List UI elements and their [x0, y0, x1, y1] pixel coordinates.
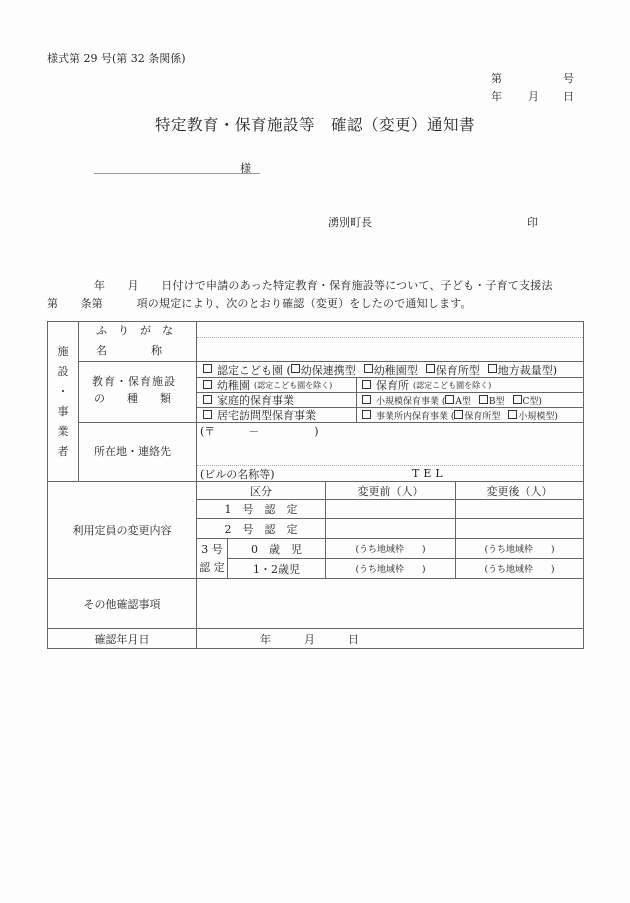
row-label-age1-2: 1・2歳児: [228, 559, 325, 578]
table-border-right: [583, 321, 584, 649]
option-label: 事業所内保育事業 (: [376, 409, 454, 422]
body-text-line-1: 年 月 日付けで申請のあった特定教育・保育施設等について、子ども・子育て支援法: [94, 277, 553, 293]
age0-before-field[interactable]: (うち地域枠 ): [326, 539, 455, 558]
other-items-label: その他確認事項: [48, 579, 196, 628]
facility-type-yochien: 幼稚園 (認定こども園を除く): [203, 378, 332, 392]
divider: [78, 321, 79, 481]
option-label: 認定こども園 (: [217, 362, 291, 378]
doc-number-prefix: 第: [491, 70, 502, 86]
type3-label-line2: 認 定: [199, 559, 225, 577]
row-label-type1: 1 号 認 定: [197, 500, 325, 518]
name-label: 名 称: [96, 340, 162, 360]
facility-type-label-line2: の 種 類: [94, 390, 171, 406]
age1-2-after-field[interactable]: (うち地域枠 ): [456, 559, 583, 578]
building-name-field[interactable]: (ビルの名称等): [200, 466, 275, 481]
option-label: B型: [489, 394, 505, 407]
section-label-char: 者: [58, 442, 69, 462]
option-note: (認定こども園を除く): [254, 380, 332, 391]
checkbox-jigyosho-hoikusho[interactable]: [454, 410, 463, 419]
option-label: C型): [523, 394, 542, 407]
other-items-field[interactable]: [197, 579, 583, 628]
section-label-char: 設: [58, 362, 69, 382]
option-label: 居宅訪問型保育事業: [217, 407, 316, 423]
body-text-line-2: 第 条第 項の規定により、次のとおり確認（変更）をしたので通知します。: [47, 295, 472, 311]
checkbox-chiho-sairyo[interactable]: [488, 364, 497, 373]
option-label: 小規模型): [518, 409, 558, 422]
facility-type-nintei: 認定こども園 ( 幼保連携型 幼稚園型 保育所型 地方裁量型): [203, 362, 557, 377]
address-label: 所在地・連絡先: [94, 442, 171, 460]
tel-label: TEL: [412, 466, 447, 481]
checkbox-kyotaku[interactable]: [203, 410, 212, 419]
confirm-date-label: 確認年月日: [48, 629, 196, 648]
option-label: 幼保連携型: [301, 362, 356, 378]
age1-2-before-field[interactable]: (うち地域枠 ): [326, 559, 455, 578]
facility-type-jigyosho: 事業所内保育事業 ( 保育所型 小規模型): [362, 408, 558, 422]
confirm-date-field[interactable]: 年 月 日: [260, 629, 359, 648]
section-label-char: 施: [58, 342, 69, 362]
option-label: 幼稚園型: [374, 362, 418, 378]
facility-type-katei: 家庭的保育事業: [203, 393, 294, 407]
age0-after-field[interactable]: (うち地域枠 ): [456, 539, 583, 558]
type2-before-field[interactable]: [326, 519, 455, 538]
furigana-label: ふ り が な: [96, 322, 173, 337]
row-label-age0: 0 歳 児: [228, 539, 325, 558]
checkbox-yochien[interactable]: [203, 380, 212, 389]
option-note: (認定こども園を除く): [413, 380, 491, 391]
date-day: 日: [563, 88, 574, 104]
header-category: 区分: [197, 482, 325, 499]
section-label-facility-operator: 施 設 ・ 事 業 者: [48, 322, 78, 481]
facility-type-hoikusho: 保育所 (認定こども園を除く): [362, 378, 491, 392]
checkbox-katei[interactable]: [203, 395, 212, 404]
addressee-line[interactable]: [94, 173, 260, 174]
facility-type-kyotaku: 居宅訪問型保育事業: [203, 408, 316, 422]
option-label: 家庭的保育事業: [217, 392, 294, 408]
checkbox-b-gata[interactable]: [479, 395, 488, 404]
type1-after-field[interactable]: [456, 500, 583, 518]
header-before: 変更前（人）: [326, 482, 455, 499]
section-label-char: ・: [58, 382, 69, 402]
capacity-change-label: 利用定員の変更内容: [48, 482, 196, 578]
checkbox-jigyosho[interactable]: [362, 410, 371, 419]
checkbox-yoho-renkei[interactable]: [291, 364, 300, 373]
row-label-type2: 2 号 認 定: [197, 519, 325, 538]
type3-label-line1: 3 号: [201, 541, 223, 559]
checkbox-nintei[interactable]: [203, 364, 212, 373]
section-label-char: 業: [58, 422, 69, 442]
addressee-suffix: 様: [240, 160, 251, 176]
address-field[interactable]: [197, 440, 583, 464]
date-year: 年: [491, 88, 502, 104]
checkbox-jigyosho-shokibo[interactable]: [508, 410, 517, 419]
doc-number-suffix: 号: [563, 70, 574, 86]
checkbox-yochien-gata[interactable]: [364, 364, 373, 373]
divider: [356, 377, 357, 422]
issuer: 湧別町長: [328, 214, 372, 230]
option-label: 保育所: [376, 377, 409, 393]
table-border-bottom: [47, 648, 584, 649]
page-title: 特定教育・保育施設等 確認（変更）通知書: [0, 113, 630, 135]
header-after: 変更後（人）: [456, 482, 583, 499]
checkbox-shokibo[interactable]: [362, 395, 371, 404]
checkbox-c-gata[interactable]: [513, 395, 522, 404]
option-label: 幼稚園: [217, 377, 250, 393]
checkbox-hoikusho[interactable]: [362, 380, 371, 389]
option-label: 地方裁量型): [498, 362, 557, 378]
section-label-char: 事: [58, 402, 69, 422]
date-month: 月: [528, 88, 539, 104]
name-field[interactable]: [197, 338, 583, 361]
option-label: 保育所型: [436, 362, 480, 378]
checkbox-a-gata[interactable]: [445, 395, 454, 404]
postal-code-field[interactable]: (〒 － ): [200, 423, 319, 439]
facility-type-label-line1: 教育・保育施設: [92, 373, 176, 389]
option-label: 小規模保育事業 (: [376, 394, 445, 407]
checkbox-hoikusho-gata[interactable]: [426, 364, 435, 373]
row-label-type3: 3 号 認 定: [197, 539, 227, 578]
form-number: 様式第 29 号(第 32 条関係): [47, 50, 186, 66]
seal-mark: 印: [527, 214, 538, 230]
option-label: 保育所型: [464, 409, 500, 422]
furigana-field[interactable]: [197, 322, 583, 337]
divider: [78, 422, 584, 423]
type1-before-field[interactable]: [326, 500, 455, 518]
facility-type-shokibo: 小規模保育事業 ( A型 B型 C型): [362, 393, 542, 407]
option-label: A型: [455, 394, 471, 407]
type2-after-field[interactable]: [456, 519, 583, 538]
